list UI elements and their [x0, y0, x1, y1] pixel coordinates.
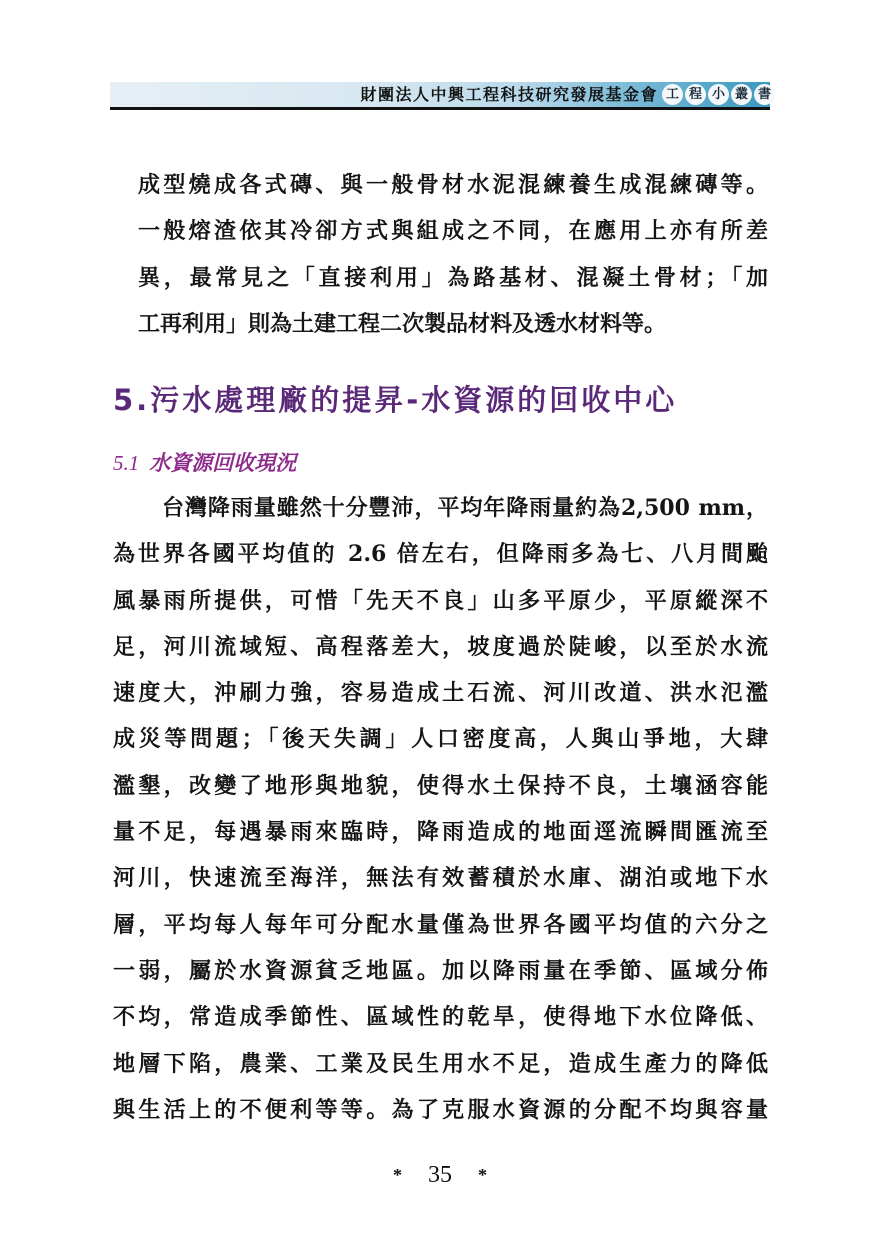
series-badges: 工 程 小 叢 書 — [662, 83, 775, 107]
paragraph-line: 地層下陷，農業、工業及民生用水不足，造成生產力的降低 — [113, 1041, 768, 1087]
paragraph-line: 不均，常造成季節性、區域性的乾旱，使得地下水位降低、 — [113, 994, 768, 1040]
paragraph-line: 層，平均每人每年可分配水量僅為世界各國平均值的六分之 — [113, 902, 768, 948]
series-badge-3: 小 — [708, 84, 729, 105]
ornament-star-icon: * — [393, 1165, 402, 1186]
paragraph-line: 風暴雨所提供，可惜「先天不良」山多平原少，平原縱深不 — [113, 578, 768, 624]
series-badge-1: 工 — [662, 84, 683, 105]
subsection-number: 5.1 — [113, 451, 139, 475]
subsection-title: 水資源回收現況 — [149, 451, 296, 475]
paragraph-line: 速度大，沖刷力強，容易造成土石流、河川改道、洪水氾濫 — [113, 670, 768, 716]
series-badge-4: 叢 — [731, 84, 752, 105]
paragraph-line: 成型燒成各式磚、與一般骨材水泥混練養生成混練磚等。 — [138, 162, 768, 208]
paragraph-line: 工再利用」則為土建工程二次製品材料及透水材料等。 — [138, 301, 768, 347]
paragraph-main: 台灣降雨量雖然十分豐沛，平均年降雨量約為2,500 mm， 為世界各國平均值的 … — [113, 485, 768, 1133]
header-organization-name: 財團法人中興工程科技研究發展基金會 — [360, 83, 658, 107]
paragraph-line: 台灣降雨量雖然十分豐沛，平均年降雨量約為2,500 mm， — [113, 485, 768, 531]
series-badge-5: 書 — [754, 84, 775, 105]
page-footer: * 35 * — [380, 1160, 500, 1190]
header-rule — [110, 107, 770, 110]
paragraph-line: 足，河川流域短、高程落差大，坡度過於陡峻，以至於水流 — [113, 624, 768, 670]
paragraph-line: 量不足，每遇暴雨來臨時，降雨造成的地面逕流瞬間匯流至 — [113, 809, 768, 855]
paragraph-continued: 成型燒成各式磚、與一般骨材水泥混練養生成混練磚等。 一般熔渣依其冷卻方式與組成之… — [138, 162, 768, 347]
page-number: 35 — [428, 1162, 452, 1189]
paragraph-line: 河川，快速流至海洋，無法有效蓄積於水庫、湖泊或地下水 — [113, 855, 768, 901]
paragraph-line: 與生活上的不便利等等。為了克服水資源的分配不均與容量 — [113, 1087, 768, 1133]
paragraph-line: 一般熔渣依其冷卻方式與組成之不同，在應用上亦有所差 — [138, 208, 768, 254]
paragraph-line: 成災等問題；「後天失調」人口密度高，人與山爭地，大肆 — [113, 716, 768, 762]
paragraph-line: 異，最常見之「直接利用」為路基材、混凝土骨材；「加 — [138, 255, 768, 301]
paragraph-line: 一弱，屬於水資源貧乏地區。加以降雨量在季節、區域分佈 — [113, 948, 768, 994]
paragraph-line: 為世界各國平均值的 2.6 倍左右，但降雨多為七、八月間颱 — [113, 531, 768, 577]
series-badge-2: 程 — [685, 84, 706, 105]
paragraph-line: 濫墾，改變了地形與地貌，使得水土保持不良，土壤涵容能 — [113, 763, 768, 809]
ornament-star-icon: * — [478, 1165, 487, 1186]
section-heading: 5.污水處理廠的提昇-水資源的回收中心 — [113, 380, 677, 420]
subsection-heading: 5.1水資源回收現況 — [113, 449, 296, 477]
